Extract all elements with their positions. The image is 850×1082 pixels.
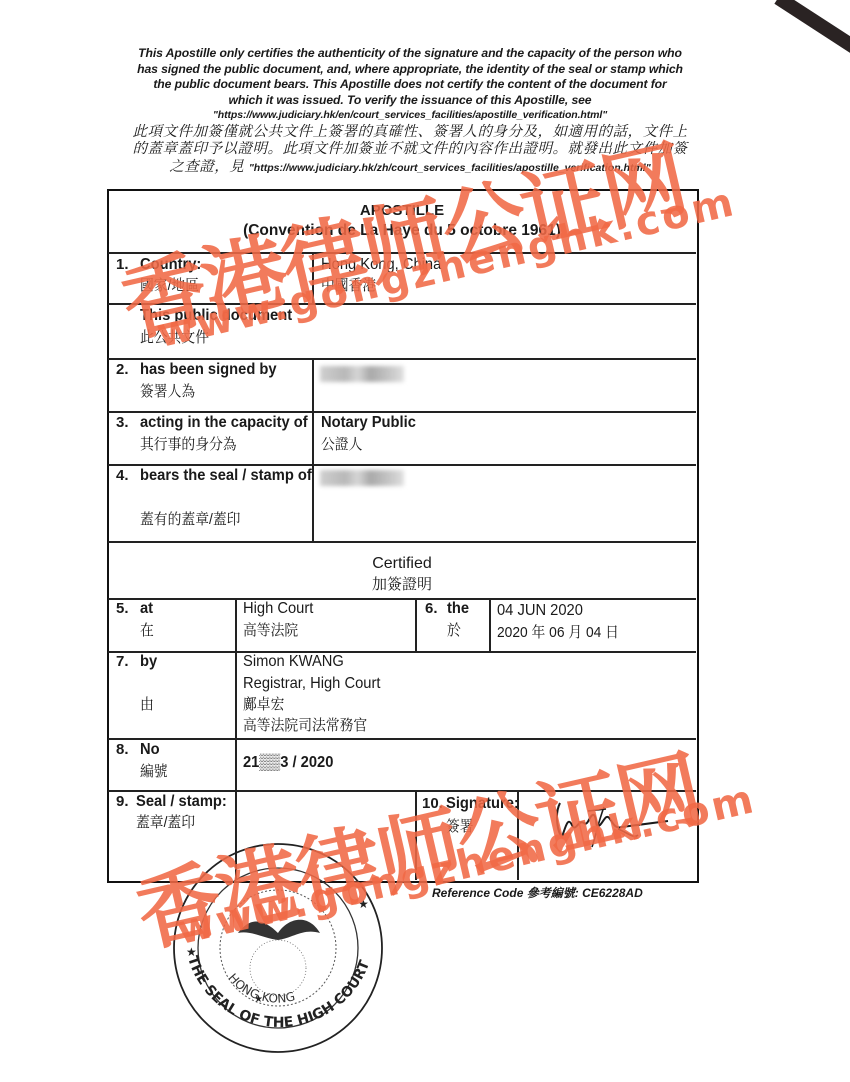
redacted-seal-name [320,470,404,486]
seal-of-label: bears the seal / stamp of [140,465,312,486]
registrar-title: Registrar, High Court [243,673,380,694]
item-number: 7. [116,653,129,670]
row-divider [108,598,696,600]
certified-heading: Certified [108,553,696,574]
date-value: 04 JUN 2020 [497,600,583,621]
redacted-signer-name [320,366,404,382]
registrar-name-zh: 鄺卓宏 [243,694,284,715]
notice-line: has signed the public document, and, whe… [110,62,710,78]
row-divider [108,651,696,653]
item-number: 2. [116,361,129,378]
col-divider [489,598,491,651]
country-value: Hong Kong, China [321,254,441,275]
reference-label-zh: 參考編號: [527,886,579,900]
row-divider [108,541,696,543]
public-document-label-zh: 此公共文件 [140,327,209,348]
number-label: No [140,739,160,760]
notice-line-zh: 此項文件加簽僅就公共文件上簽署的真確性、簽署人的身分及，如適用的話，文件上 [110,124,710,142]
item-number: 5. [116,600,129,617]
reference-label: Reference Code [432,886,523,900]
notice-line: the public document bears. This Apostill… [110,77,710,93]
apostille-title: APOSTILLE [108,200,696,221]
seal-of-label-zh: 蓋有的蓋章/蓋印 [140,509,240,530]
at-label-zh: 在 [140,620,154,641]
notice-line-zh: 的蓋章蓋印予以證明。此項文件加簽並不就文件的內容作出證明。就發出此文件加簽 [110,141,710,159]
item-number: 10. [422,795,443,812]
public-document-label: This public document [140,305,292,326]
item-number: 1. [116,256,129,273]
by-label-zh: 由 [140,694,154,715]
signed-by-label: has been signed by [140,359,277,380]
high-court-seal: THE SEAL OF THE HIGH COURT HONG KONG ★ ★… [158,838,398,1058]
svg-text:★: ★ [358,897,369,911]
signature-mark [548,795,673,855]
col-divider [415,598,417,651]
registrar-name: Simon KWANG [243,651,344,672]
item-number: 4. [116,467,129,484]
country-label: Country: [140,254,201,275]
notice-line: which it was issued. To verify the issua… [110,93,710,109]
item-number: 9. [116,793,129,810]
reference-code: Reference Code 參考編號: CE6228AD [432,884,643,901]
registrar-title-zh: 高等法院司法常務官 [243,715,367,736]
apostille-notice: This Apostille only certifies the authen… [110,46,710,177]
signed-by-label-zh: 簽署人為 [140,381,195,402]
capacity-label-zh: 其行事的身分為 [140,434,237,455]
verification-url-en: "https://www.judiciary.hk/en/court_servi… [110,108,710,124]
col-divider [312,358,314,541]
item-number: 6. [425,600,438,617]
capacity-value-zh: 公證人 [321,434,362,455]
col-divider [415,790,417,880]
country-label-zh: 國家/地區 [140,275,199,296]
at-value-zh: 高等法院 [243,620,298,641]
date-value-zh: 2020 年 06 月 04 日 [497,622,619,643]
notice-line: This Apostille only certifies the authen… [110,46,710,62]
svg-text:★: ★ [186,945,197,959]
country-value-zh: 中國香港 [321,275,376,296]
svg-text:★: ★ [254,994,263,1005]
col-divider [312,252,314,303]
verification-url-zh: "https://www.judiciary.hk/zh/court_servi… [249,162,651,174]
notice-zh-prefix: 之查證，見 [169,159,244,175]
item-number: 3. [116,414,129,431]
signature-label-zh: 簽署 [446,816,474,837]
seal-stamp-label: Seal / stamp: [136,791,227,812]
at-label: at [140,598,153,619]
reference-value: CE6228AD [582,886,643,900]
at-value: High Court [243,598,313,619]
capacity-value: Notary Public [321,412,416,433]
scan-edge-mark [774,0,850,64]
signature-label: Signature: [446,793,519,814]
seal-stamp-label-zh: 蓋章/蓋印 [136,812,195,833]
row-divider [108,738,696,740]
number-label-zh: 編號 [140,761,168,782]
date-label-zh: 於 [447,620,461,641]
apostille-number: 21▒▒3 / 2020 [243,752,333,773]
by-label: by [140,651,157,672]
capacity-label: acting in the capacity of [140,412,308,433]
certified-heading-zh: 加簽證明 [108,574,696,595]
convention-subtitle: (Convention de La Haye du 5 octobre 1961… [108,220,696,241]
date-label: the [447,598,469,619]
item-number: 8. [116,741,129,758]
